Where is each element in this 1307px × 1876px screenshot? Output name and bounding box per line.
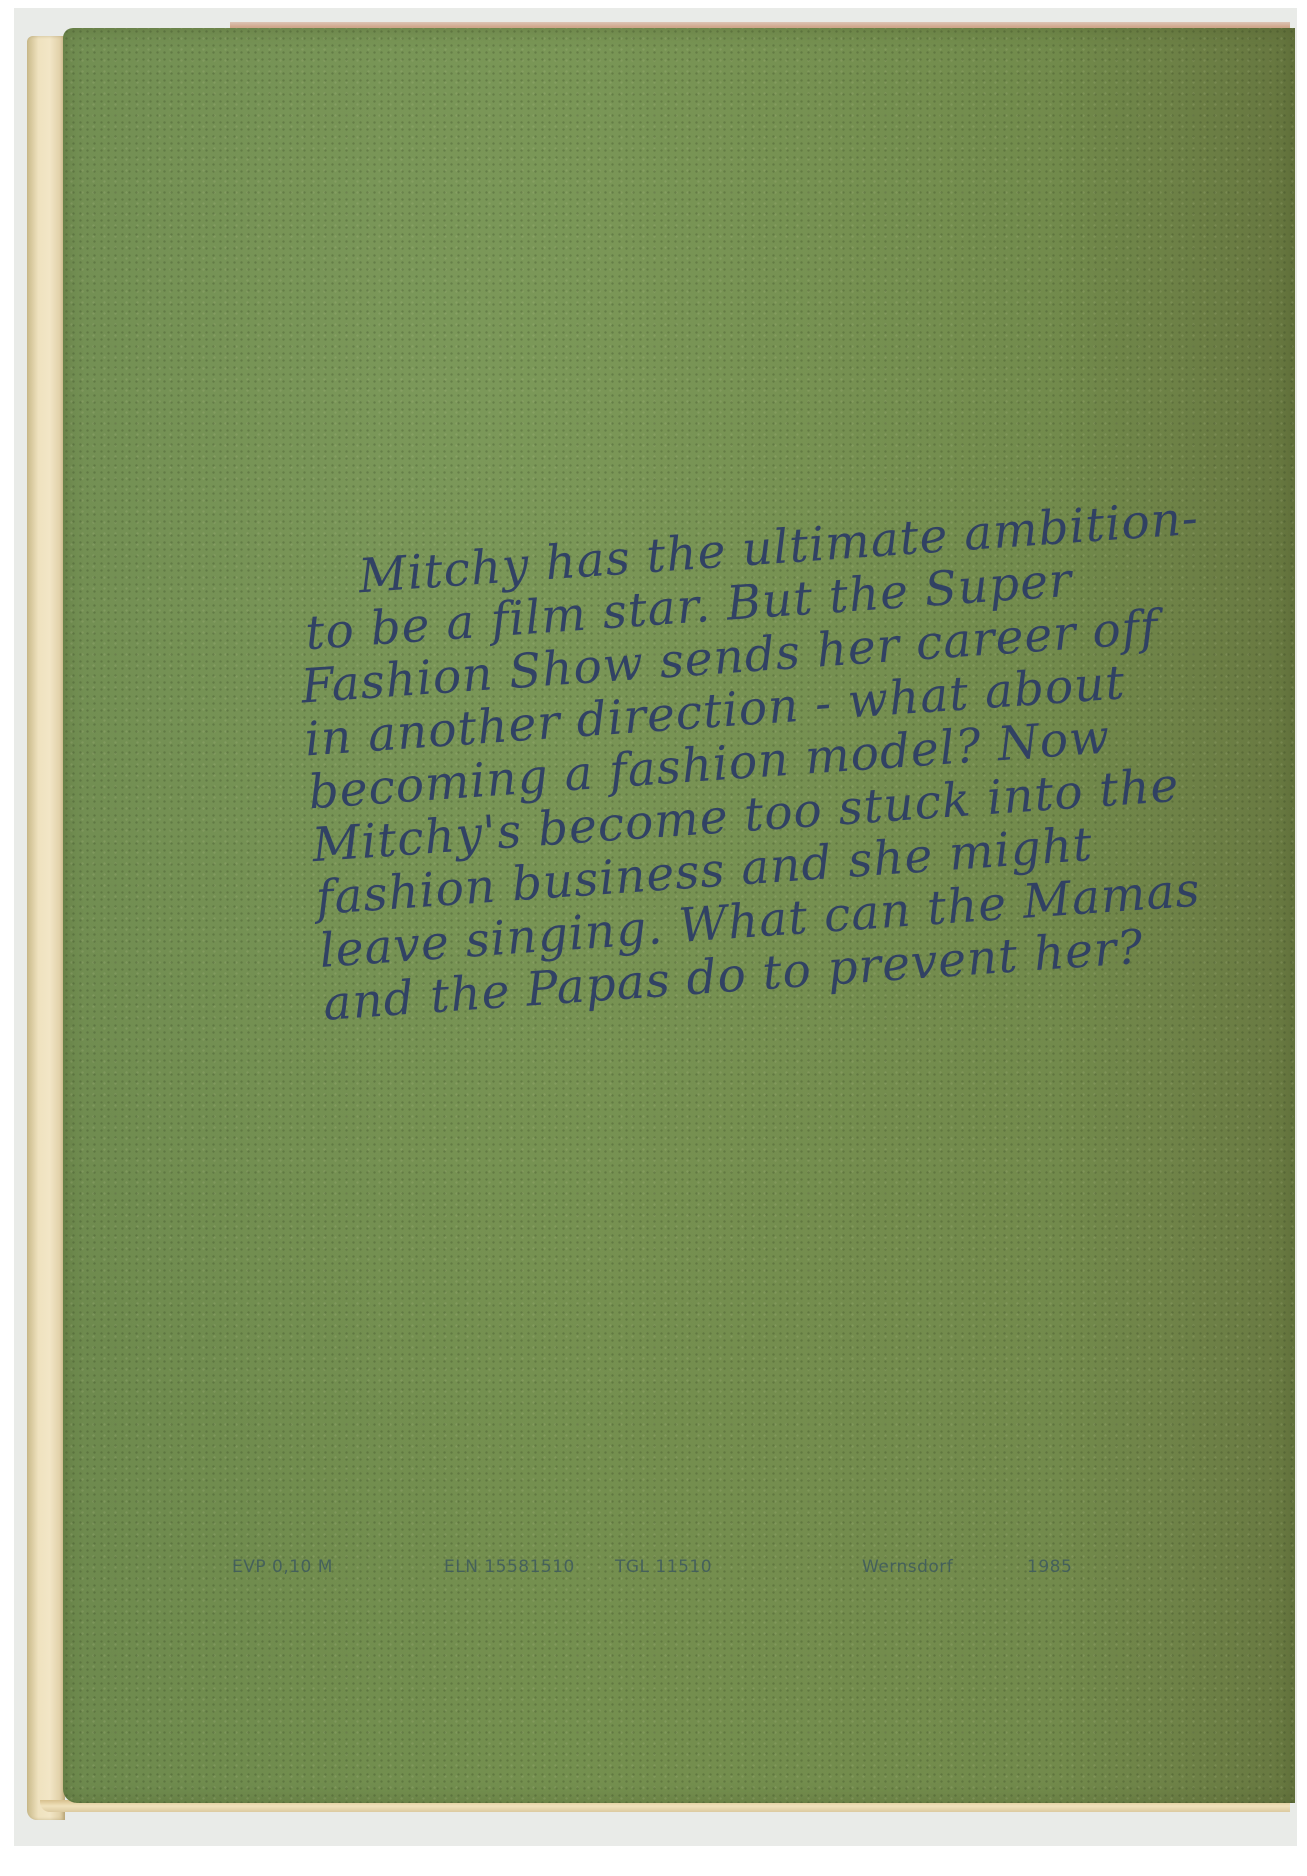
imprint-price: EVP 0,10 M [232,1557,333,1577]
handwritten-note: Mitchy has the ultimate ambition- to be … [292,492,1223,1031]
imprint-tgl: TGL 11510 [615,1557,712,1577]
booklet-spine [27,36,65,1820]
imprint-eln: ELN 15581510 [444,1557,575,1577]
imprint-place: Wernsdorf [862,1557,953,1577]
imprint-year: 1985 [1027,1557,1072,1577]
